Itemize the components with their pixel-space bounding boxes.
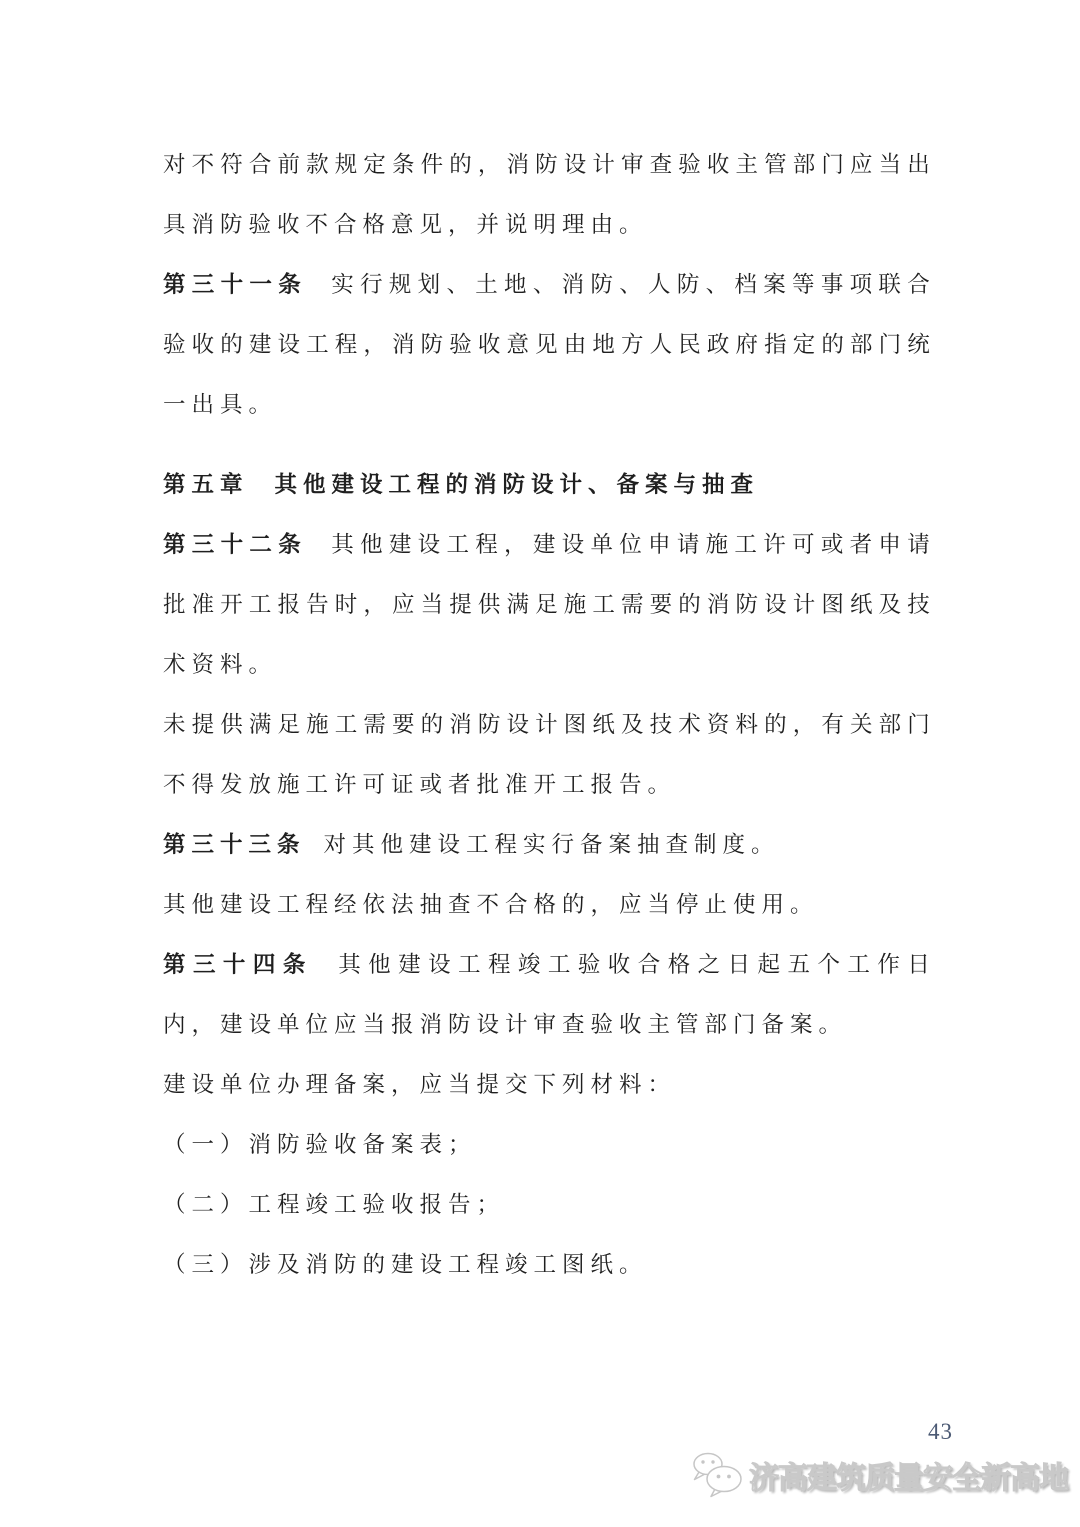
- page-number: 43: [928, 1419, 953, 1445]
- text-line: 其他建设工程经依法抽查不合格的，应当停止使用。: [163, 873, 930, 933]
- document-body: 对不符合前款规定条件的，消防设计审查验收主管部门应当出具消防验收不合格意见，并说…: [163, 133, 930, 1293]
- document-page: 对不符合前款规定条件的，消防设计审查验收主管部门应当出具消防验收不合格意见，并说…: [0, 0, 1080, 1527]
- chapter-5-heading: 第五章其他建设工程的消防设计、备案与抽查: [163, 453, 930, 513]
- text-line: 验收的建设工程，消防验收意见由地方人民政府指定的部门统: [163, 313, 930, 373]
- text-line: （三）涉及消防的建设工程竣工图纸。: [163, 1233, 930, 1293]
- text-line: 内，建设单位应当报消防设计审查验收主管部门备案。: [163, 993, 930, 1053]
- text-line: 批准开工报告时，应当提供满足施工需要的消防设计图纸及技: [163, 573, 930, 633]
- text-line: 术资料。: [163, 633, 930, 693]
- article-31-paragraph: 第三十一条实行规划、土地、消防、人防、档案等事项联合验收的建设工程，消防验收意见…: [163, 253, 930, 433]
- article-30-tail-paragraph: 对不符合前款规定条件的，消防设计审查验收主管部门应当出具消防验收不合格意见，并说…: [163, 133, 930, 253]
- watermark-text: 济高建筑质量安全新高地: [749, 1453, 1068, 1497]
- article-33-paragraph-2: 其他建设工程经依法抽查不合格的，应当停止使用。: [163, 873, 930, 933]
- text-line: 建设单位办理备案，应当提交下列材料：: [163, 1053, 930, 1113]
- text-line: 具消防验收不合格意见，并说明理由。: [163, 193, 930, 253]
- text-line: 第三十二条其他建设工程，建设单位申请施工许可或者申请: [163, 513, 930, 573]
- text-line: （一）消防验收备案表；: [163, 1113, 930, 1173]
- article-33-paragraph-1: 第三十三条对其他建设工程实行备案抽查制度。: [163, 813, 930, 873]
- filing-material-item-3: （三）涉及消防的建设工程竣工图纸。: [163, 1233, 930, 1293]
- watermark: 济高建筑质量安全新高地: [691, 1452, 1068, 1498]
- text-line: 第三十四条其他建设工程竣工验收合格之日起五个工作日: [163, 933, 930, 993]
- text-line: 对不符合前款规定条件的，消防设计审查验收主管部门应当出: [163, 133, 930, 193]
- article-34-paragraph-1: 第三十四条其他建设工程竣工验收合格之日起五个工作日内，建设单位应当报消防设计审查…: [163, 933, 930, 1053]
- wechat-icon: [691, 1452, 743, 1498]
- filing-material-item-2: （二）工程竣工验收报告；: [163, 1173, 930, 1233]
- article-32-paragraph-1: 第三十二条其他建设工程，建设单位申请施工许可或者申请批准开工报告时，应当提供满足…: [163, 513, 930, 693]
- filing-materials-intro: 建设单位办理备案，应当提交下列材料：: [163, 1053, 930, 1113]
- filing-material-item-1: （一）消防验收备案表；: [163, 1113, 930, 1173]
- article-32-paragraph-2: 未提供满足施工需要的消防设计图纸及技术资料的，有关部门不得发放施工许可证或者批准…: [163, 693, 930, 813]
- text-line: 第五章其他建设工程的消防设计、备案与抽查: [163, 453, 930, 513]
- text-line: （二）工程竣工验收报告；: [163, 1173, 930, 1233]
- text-line: 第三十三条对其他建设工程实行备案抽查制度。: [163, 813, 930, 873]
- text-line: 不得发放施工许可证或者批准开工报告。: [163, 753, 930, 813]
- text-line: 第三十一条实行规划、土地、消防、人防、档案等事项联合: [163, 253, 930, 313]
- text-line: 一出具。: [163, 373, 930, 433]
- text-line: 未提供满足施工需要的消防设计图纸及技术资料的，有关部门: [163, 693, 930, 753]
